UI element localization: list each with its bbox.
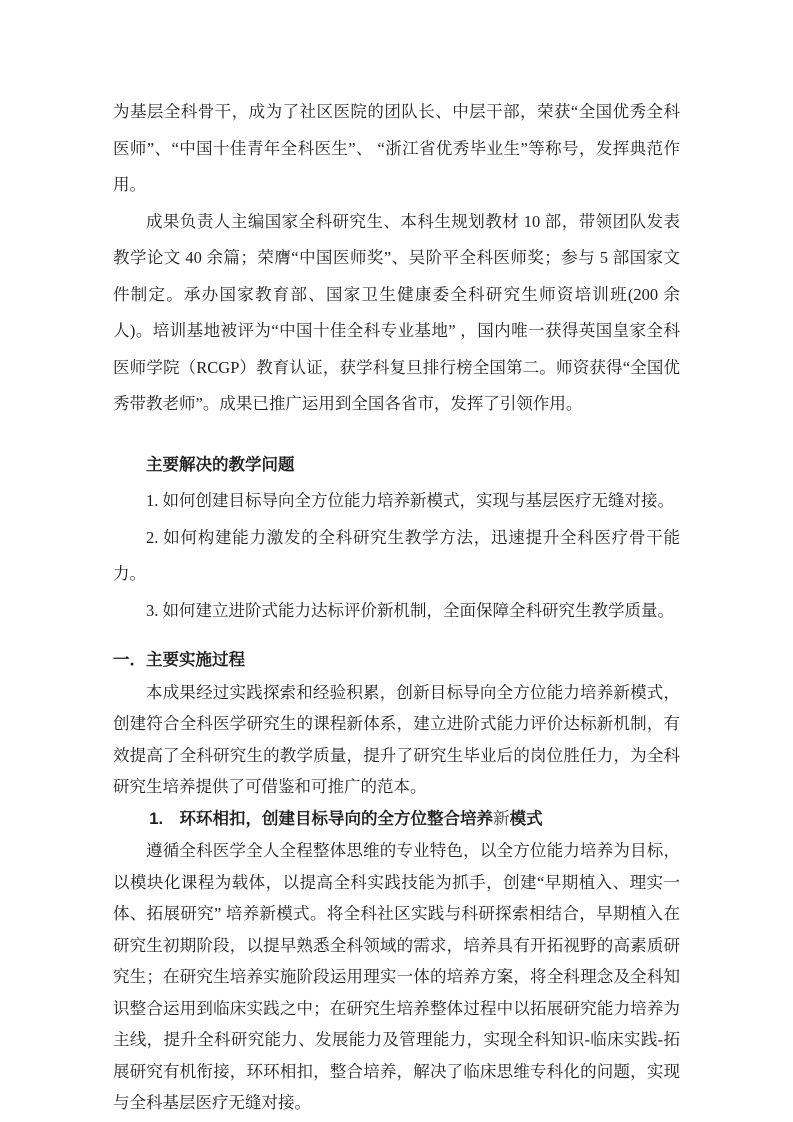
heading-teaching-problems: 主要解决的教学问题 — [113, 447, 680, 484]
document-page: 为基层全科骨干，成为了社区医院的团队长、中层干部，荣获“全国优秀全科医师”、“中… — [0, 0, 793, 1122]
paragraph-process-overview: 本成果经过实践探索和经验积累，创新目标导向全方位能力培养新模式，创建符合全科医学… — [113, 677, 680, 803]
problem-item-2: 2. 如何构建能力激发的全科研究生教学方法，迅速提升全科医疗骨干能力。 — [113, 520, 680, 593]
heading-implementation-process: 一．主要实施过程 — [113, 645, 680, 677]
paragraph-awards: 为基层全科骨干，成为了社区医院的团队长、中层干部，荣获“全国优秀全科医师”、“中… — [113, 94, 680, 204]
problem-item-1: 1. 如何创建目标导向全方位能力培养新模式，实现与基层医疗无缝对接。 — [113, 483, 680, 520]
paragraph-mode-detail: 遵循全科医学全人全程整体思维的专业特色，以全方位能力培养为目标，以模块化课程为载… — [113, 835, 680, 1119]
subheading-bold-suffix: 模式 — [510, 810, 543, 828]
subheading-integrated-training-mode: 1. 环环相扣，创建目标导向的全方位整合培养新模式 — [113, 803, 680, 836]
subheading-regular-char: 新 — [493, 809, 510, 828]
problem-item-3: 3. 如何建立进阶式能力达标评价新机制，全面保障全科研究生教学质量。 — [113, 593, 680, 630]
paragraph-achievements: 成果负责人主编国家全科研究生、本科生规划教材 10 部，带领团队发表教学论文 4… — [113, 204, 680, 423]
subheading-bold-prefix: 1. 环环相扣，创建目标导向的全方位整合培养 — [149, 810, 493, 828]
